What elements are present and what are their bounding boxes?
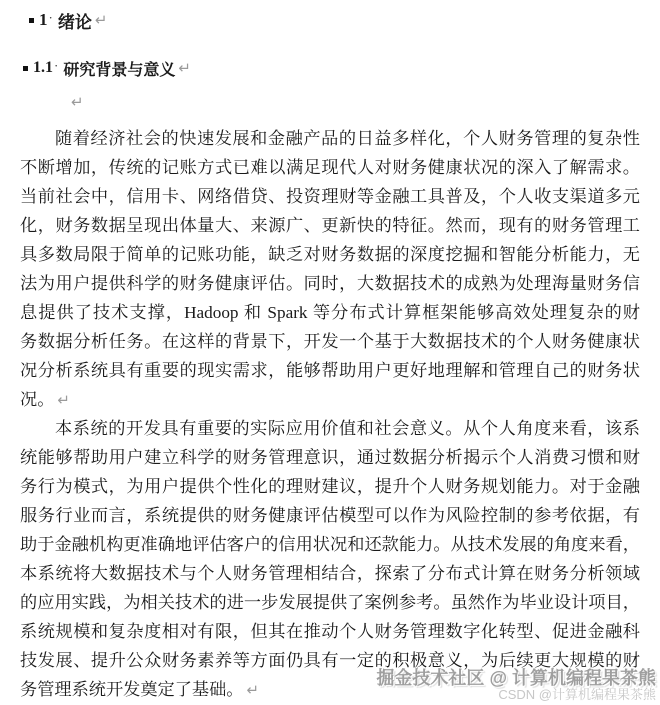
body-line-text: 随着经济社会的快速发展和金融产品的日益多样化，个人财务管理的复杂性 <box>55 129 640 148</box>
body-line: 务数据分析任务。在这样的背景下，开发一个基于大数据技术的个人财务健康状 <box>20 327 640 356</box>
body-line-text: 化，财务数据呈现出体量大、来源广、更新快的特征。然而，现有的财务管理工 <box>20 216 640 235</box>
space-mark-icon: · <box>49 10 53 26</box>
watermark-line2: CSDN @计算机编程果茶熊 <box>376 688 656 703</box>
body-line-text: 务行为模式，为用户提供个性化的理财建议，提升个人财务规划能力。对于金融 <box>20 477 640 496</box>
heading-2-label: 研究背景与意义 <box>63 57 175 80</box>
heading-bullet-icon <box>29 18 34 23</box>
body-line-text: 不断增加，传统的记账方式已难以满足现代人对财务健康状况的深入了解需求。 <box>20 158 640 177</box>
body-line: 助于金融机构更准确地评估客户的信用状况和还款能力。从技术发展的角度来看， <box>20 530 640 559</box>
body-line: 服务行业而言，系统提供的财务健康评估模型可以作为风险控制的参考依据，有 <box>20 501 640 530</box>
body-line-text: 助于金融机构更准确地评估客户的信用状况和还款能力。从技术发展的角度来看， <box>20 535 640 554</box>
body-line: 本系统的开发具有重要的实际应用价值和社会意义。从个人角度来看，该系 <box>20 414 640 443</box>
body-line: 息提供了技术支撑，Hadoop 和 Spark 等分布式计算框架能够高效处理复杂… <box>20 298 640 327</box>
body-line-text: 本系统将大数据技术与个人财务管理相结合，探索了分布式计算在财务分析领域 <box>20 564 640 583</box>
body-line: 具多数局限于简单的记账功能，缺乏对财务数据的深度挖掘和智能分析能力，无 <box>20 240 640 269</box>
heading-2-number: 1.1 <box>33 59 53 77</box>
body-line: 的应用实践，为相关技术的进一步发展提供了案例参考。虽然作为毕业设计项目， <box>20 588 640 617</box>
paragraph-mark-icon: ↵ <box>71 93 84 111</box>
body-line-text: 况。 <box>20 390 54 409</box>
heading-1-label: 绪论 <box>58 8 92 33</box>
body-line-text: 息提供了技术支撑，Hadoop 和 Spark 等分布式计算框架能够高效处理复杂… <box>20 303 640 322</box>
paragraph-mark-icon: ↵ <box>178 59 191 77</box>
watermark-line1: 掘金技术社区 @ 计算机编程果茶熊 <box>376 668 656 688</box>
body-line: 统能够帮助用户建立科学的财务管理意识，通过数据分析揭示个人消费习惯和财 <box>20 443 640 472</box>
body-line-text: 统能够帮助用户建立科学的财务管理意识，通过数据分析揭示个人消费习惯和财 <box>20 448 640 467</box>
body-line: 法为用户提供科学的财务健康评估。同时，大数据技术的成熟为处理海量财务信 <box>20 269 640 298</box>
body-line-text: 务数据分析任务。在这样的背景下，开发一个基于大数据技术的个人财务健康状 <box>20 332 640 351</box>
heading-bullet-icon <box>23 66 28 71</box>
space-mark-icon: · <box>54 58 58 74</box>
paragraph-1: 随着经济社会的快速发展和金融产品的日益多样化，个人财务管理的复杂性不断增加，传统… <box>20 124 640 414</box>
heading-2: 1.1 · 研究背景与意义 ↵ <box>23 57 660 79</box>
body-line: 况分析系统具有重要的现实需求，能够帮助用户更好地理解和管理自己的财务状 <box>20 356 640 385</box>
body-line: 当前社会中，信用卡、网络借贷、投资理财等金融工具普及，个人收支渠道多元 <box>20 182 640 211</box>
heading-1: 1 · 绪论 ↵ <box>29 8 660 32</box>
body-line: 化，财务数据呈现出体量大、来源广、更新快的特征。然而，现有的财务管理工 <box>20 211 640 240</box>
body-line-text: 的应用实践，为相关技术的进一步发展提供了案例参考。虽然作为毕业设计项目， <box>20 593 640 612</box>
body-line-text: 况分析系统具有重要的现实需求，能够帮助用户更好地理解和管理自己的财务状 <box>20 361 640 380</box>
body-line-text: 法为用户提供科学的财务健康评估。同时，大数据技术的成熟为处理海量财务信 <box>20 274 640 293</box>
body-line: 况。↵ <box>20 385 640 414</box>
paragraph-2: 本系统的开发具有重要的实际应用价值和社会意义。从个人角度来看，该系统能够帮助用户… <box>20 414 640 704</box>
body-line-text: 务管理系统开发奠定了基础。 <box>20 680 243 699</box>
paragraph-mark-icon: ↵ <box>57 391 70 409</box>
watermark: 掘金技术社区 @ 计算机编程果茶熊 CSDN @计算机编程果茶熊 <box>376 668 656 703</box>
paragraph-mark-icon: ↵ <box>95 11 108 29</box>
body-line: 不断增加，传统的记账方式已难以满足现代人对财务健康状况的深入了解需求。 <box>20 153 640 182</box>
body-text: 随着经济社会的快速发展和金融产品的日益多样化，个人财务管理的复杂性不断增加，传统… <box>20 124 640 704</box>
body-line-text: 具多数局限于简单的记账功能，缺乏对财务数据的深度挖掘和智能分析能力，无 <box>20 245 640 264</box>
heading-1-number: 1 <box>39 10 48 30</box>
body-line-text: 服务行业而言，系统提供的财务健康评估模型可以作为风险控制的参考依据，有 <box>20 506 640 525</box>
body-line-text: 本系统的开发具有重要的实际应用价值和社会意义。从个人角度来看，该系 <box>55 419 640 438</box>
body-line: 本系统将大数据技术与个人财务管理相结合，探索了分布式计算在财务分析领域 <box>20 559 640 588</box>
body-line: 务行为模式，为用户提供个性化的理财建议，提升个人财务规划能力。对于金融 <box>20 472 640 501</box>
body-line-text: 当前社会中，信用卡、网络借贷、投资理财等金融工具普及，个人收支渠道多元 <box>20 187 640 206</box>
paragraph-mark-icon: ↵ <box>246 681 259 699</box>
document-page: 1 · 绪论 ↵ 1.1 · 研究背景与意义 ↵ ↵ 随着经济社会的快速发展和金… <box>0 0 660 705</box>
body-line: 系统规模和复杂度相对有限，但其在推动个人财务管理数字化转型、促进金融科 <box>20 617 640 646</box>
body-line-text: 系统规模和复杂度相对有限，但其在推动个人财务管理数字化转型、促进金融科 <box>20 622 640 641</box>
body-line: 随着经济社会的快速发展和金融产品的日益多样化，个人财务管理的复杂性 <box>20 124 640 153</box>
empty-paragraph: ↵ <box>68 91 660 113</box>
